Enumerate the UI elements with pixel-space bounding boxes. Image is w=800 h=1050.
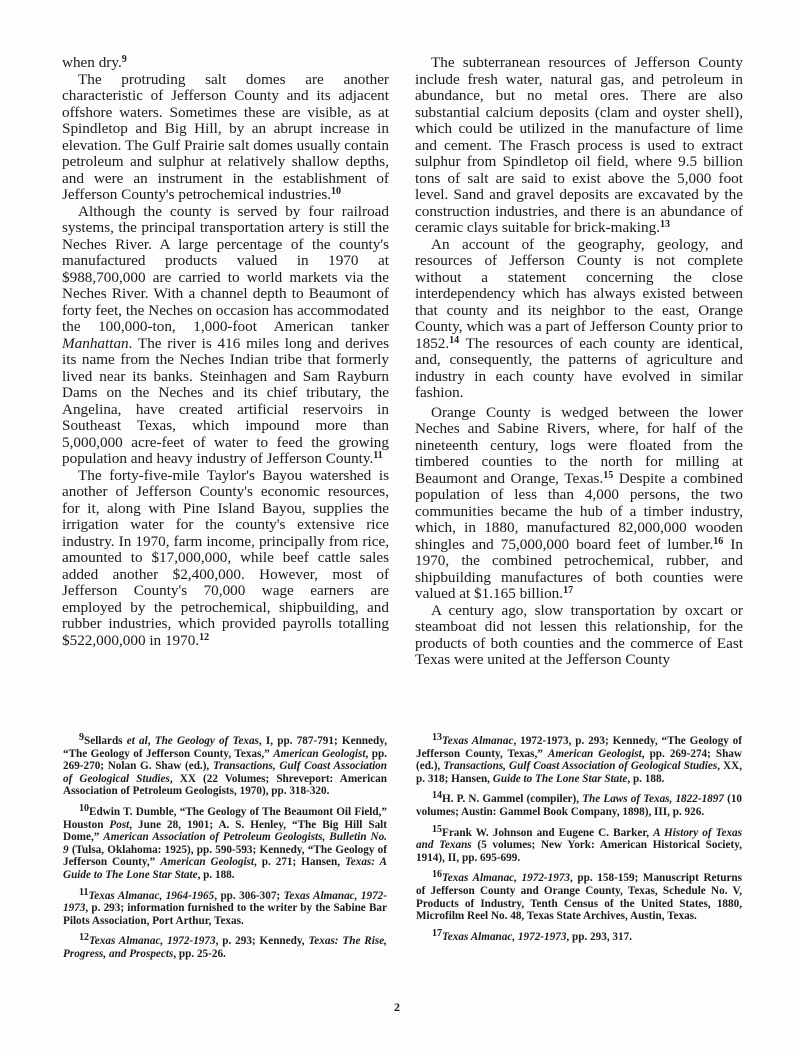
footnote-ref[interactable]: 10 bbox=[331, 186, 341, 197]
footnote-ref[interactable]: 11 bbox=[373, 450, 382, 461]
footnote-ref[interactable]: 12 bbox=[199, 632, 209, 643]
footnote-text: Frank W. Johnson and Eugene C. Barker, bbox=[442, 827, 653, 839]
footnote-15: 15Frank W. Johnson and Eugene C. Barker,… bbox=[416, 827, 742, 865]
paragraph-text: The resources of each county are identic… bbox=[415, 335, 743, 402]
footnote-italic: Texas Almanac bbox=[442, 735, 513, 747]
paragraph: The protruding salt domes are another ch… bbox=[62, 72, 389, 204]
body-column-left: when dry.9 The protruding salt domes are… bbox=[62, 55, 389, 649]
paragraph-text: The forty-five-mile Taylor's Bayou water… bbox=[62, 467, 389, 649]
footnotes-left: 9Sellards et al, The Geology of Texas, I… bbox=[63, 735, 387, 969]
footnote-italic: Guide to The Lone Star State bbox=[493, 773, 628, 785]
paragraph: A century ago, slow transportation by ox… bbox=[415, 603, 743, 669]
footnote-text: , p. 188. bbox=[198, 869, 235, 881]
footnote-text: Sellards bbox=[84, 735, 127, 747]
footnote-italic: American Geologist bbox=[273, 748, 365, 760]
footnote-italic: American Geologist bbox=[548, 748, 642, 760]
body-column-right: The subterranean resources of Jefferson … bbox=[415, 55, 743, 669]
paragraph: An account of the geography, geology, an… bbox=[415, 237, 743, 402]
footnote-italic: Transactions, Gulf Coast Association of … bbox=[443, 760, 717, 772]
footnote-italic: Texas Almanac, 1964-1965 bbox=[88, 890, 214, 902]
paragraph: Orange County is wedged between the lowe… bbox=[415, 405, 743, 603]
footnote-number: 15 bbox=[432, 824, 442, 835]
footnote-text: , p. 271; Hansen, bbox=[254, 856, 345, 868]
footnote-number: 16 bbox=[432, 869, 442, 880]
footnote-number: 17 bbox=[432, 928, 442, 939]
footnote-number: 10 bbox=[79, 803, 89, 814]
paragraph-text: . The river is 416 miles long and derive… bbox=[62, 335, 389, 468]
page-number: 2 bbox=[394, 1000, 400, 1015]
footnote-italic: The Geology of Texas bbox=[155, 735, 259, 747]
paragraph-text: Although the county is served by four ra… bbox=[62, 203, 389, 336]
paragraph: The forty-five-mile Taylor's Bayou water… bbox=[62, 468, 389, 650]
footnote-italic: Post bbox=[109, 819, 129, 831]
footnote-text: , p. 188. bbox=[627, 773, 664, 785]
footnote-number: 13 bbox=[432, 732, 442, 743]
footnote-italic: Texas Almanac, 1972-1973 bbox=[89, 935, 216, 947]
footnote-ref[interactable]: 16 bbox=[713, 536, 723, 547]
ship-name: Manhattan bbox=[62, 335, 129, 352]
footnote-ref[interactable]: 14 bbox=[449, 335, 459, 346]
footnote-text: , p. 293; Kennedy, bbox=[216, 935, 309, 947]
footnote-11: 11Texas Almanac, 1964-1965, pp. 306-307;… bbox=[63, 890, 387, 928]
footnote-number: 14 bbox=[432, 790, 442, 801]
footnote-17: 17Texas Almanac, 1972-1973, pp. 293, 317… bbox=[416, 931, 742, 944]
footnote-16: 16Texas Almanac, 1972-1973, pp. 158-159;… bbox=[416, 872, 742, 922]
footnote-number: 12 bbox=[79, 932, 89, 943]
footnote-italic: Texas Almanac, 1972-1973 bbox=[442, 872, 570, 884]
footnotes-right: 13Texas Almanac, 1972-1973, p. 293; Kenn… bbox=[416, 735, 742, 951]
footnote-italic: American Geologist bbox=[160, 856, 254, 868]
footnote-text: H. P. N. Gammel (compiler), bbox=[442, 793, 582, 805]
paragraph-text: when dry. bbox=[62, 54, 122, 71]
footnote-ref[interactable]: 13 bbox=[660, 219, 670, 230]
footnote-text: , p. 293; information furnished to the w… bbox=[63, 902, 387, 927]
footnote-ref[interactable]: 15 bbox=[603, 470, 613, 481]
footnote-10: 10Edwin T. Dumble, “The Geology of The B… bbox=[63, 806, 387, 882]
footnote-italic: Texas Almanac, 1972-1973 bbox=[442, 931, 566, 943]
footnote-9: 9Sellards et al, The Geology of Texas, I… bbox=[63, 735, 387, 798]
footnote-text: , pp. 293, 317. bbox=[566, 931, 632, 943]
paragraph-text: The protruding salt domes are another ch… bbox=[62, 71, 389, 204]
paragraph-text: A century ago, slow transportation by ox… bbox=[415, 602, 743, 669]
footnote-italic: The Laws of Texas, 1822-1897 bbox=[582, 793, 724, 805]
footnote-14: 14H. P. N. Gammel (compiler), The Laws o… bbox=[416, 793, 742, 818]
footnote-text: , pp. 25-26. bbox=[173, 948, 226, 960]
paragraph: The subterranean resources of Jefferson … bbox=[415, 55, 743, 237]
footnote-ref[interactable]: 9 bbox=[122, 54, 127, 65]
paragraph: Although the county is served by four ra… bbox=[62, 204, 389, 468]
footnote-12: 12Texas Almanac, 1972-1973, p. 293; Kenn… bbox=[63, 935, 387, 960]
paragraph-text: The subterranean resources of Jefferson … bbox=[415, 54, 743, 236]
footnote-13: 13Texas Almanac, 1972-1973, p. 293; Kenn… bbox=[416, 735, 742, 785]
footnote-text: , pp. 306-307; bbox=[214, 890, 283, 902]
footnote-text: , bbox=[148, 735, 155, 747]
paragraph: when dry.9 bbox=[62, 55, 389, 72]
footnote-ref[interactable]: 17 bbox=[563, 585, 573, 596]
footnote-italic: et al bbox=[127, 735, 148, 747]
